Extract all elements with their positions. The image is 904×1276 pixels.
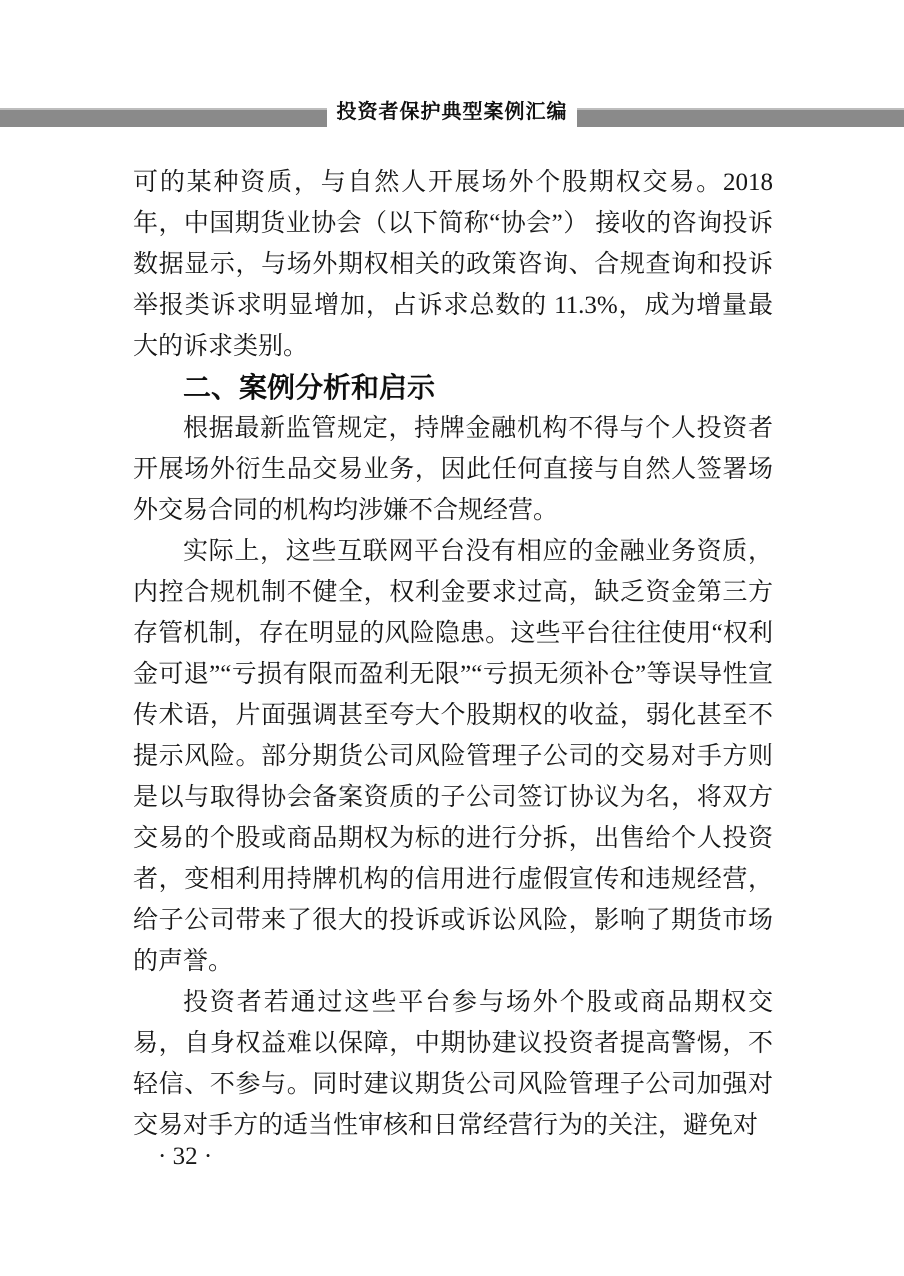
document-page: 投资者保护典型案例汇编 可的某种资质，与自然人开展场外个股期权交易。2018年，…	[0, 0, 904, 1276]
page-body: 可的某种资质，与自然人开展场外个股期权交易。2018年，中国期货业协会（以下简称…	[133, 162, 773, 1146]
page-number: · 32 ·	[158, 1141, 212, 1173]
section-heading: 二、案例分析和启示	[133, 367, 773, 408]
paragraph-platform-risks: 实际上，这些互联网平台没有相应的金融业务资质，内控合规机制不健全，权利金要求过高…	[133, 531, 773, 982]
page-header: 投资者保护典型案例汇编	[0, 0, 904, 140]
paragraph-regulation: 根据最新监管规定，持牌金融机构不得与个人投资者开展场外衍生品交易业务，因此任何直…	[133, 408, 773, 531]
paragraph-continuation: 可的某种资质，与自然人开展场外个股期权交易。2018年，中国期货业协会（以下简称…	[133, 162, 773, 367]
paragraph-investor-advice: 投资者若通过这些平台参与场外个股或商品期权交易，自身权益难以保障，中期协建议投资…	[133, 982, 773, 1146]
header-rule-right	[577, 108, 904, 127]
